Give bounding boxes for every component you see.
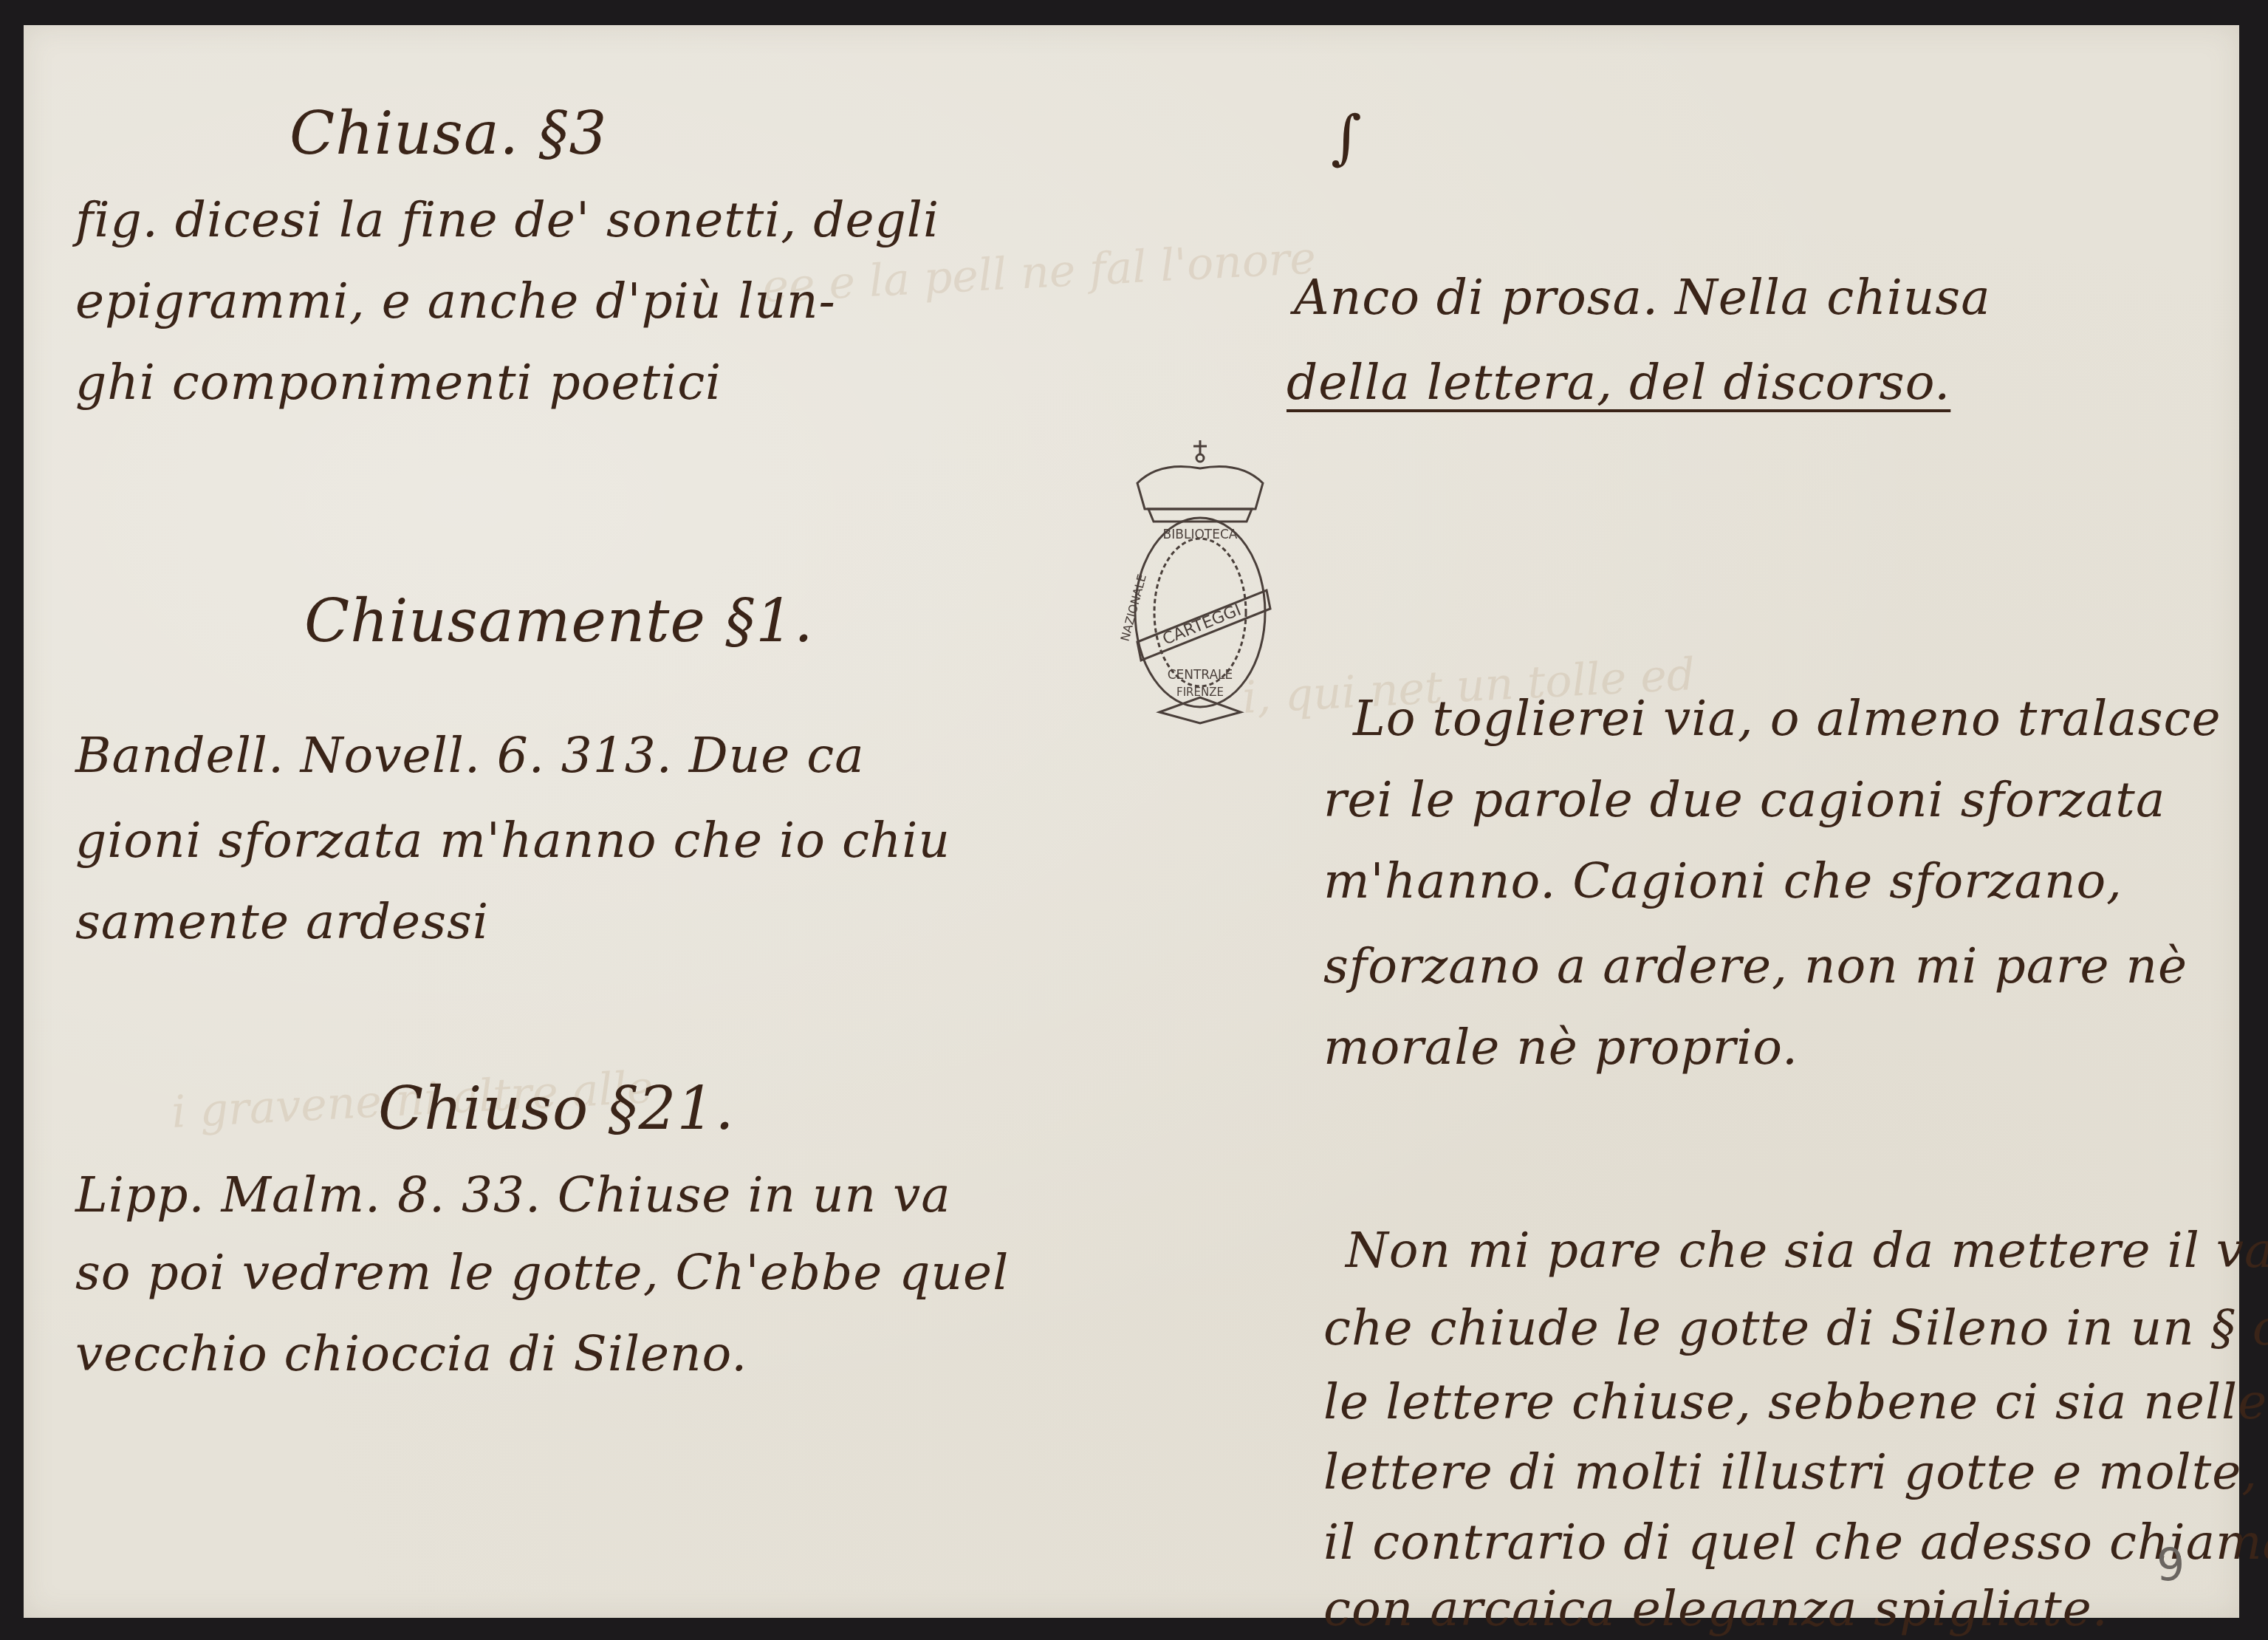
entry-heading-chiusamente: Chiusamente §1. <box>304 587 814 655</box>
entry-line: Bandell. Novell. 6. 313. Due ca <box>75 727 865 784</box>
svg-text:NAZIONALE: NAZIONALE <box>1117 573 1148 643</box>
note-line: il contrario di quel che adesso chiamasi <box>1323 1514 2268 1571</box>
entry-line: gioni sforzata m'hanno che io chiu <box>75 812 950 869</box>
entry-line: Lipp. Malm. 8. 33. Chiuse in un va <box>75 1166 951 1223</box>
note-line: morale nè proprio. <box>1323 1019 1798 1076</box>
svg-text:BIBLIOTECA: BIBLIOTECA <box>1163 527 1238 542</box>
entry-line: samente ardessi <box>75 893 489 950</box>
entry-heading-chiuso: Chiuso §21. <box>378 1074 735 1143</box>
entry-line: ghi componimenti poetici <box>75 354 722 411</box>
entry-heading-chiusa: Chiusa. §3 <box>290 99 607 168</box>
section-mark: ∫ <box>1331 103 1363 171</box>
manuscript-sheet: ee e la pell ne fal l'onore i, qui net u… <box>24 25 2239 1618</box>
note-line: rei le parole due cagioni sforzata <box>1323 771 2165 828</box>
note-line: Lo toglierei via, o almeno tralasce <box>1353 690 2221 747</box>
library-stamp: BIBLIOTECA CARTEGGI CENTRALE FIRENZE NAZ… <box>1115 439 1285 727</box>
note-line: sforzano a ardere, non mi pare nè <box>1323 937 2188 994</box>
note-line-underlined: della lettera, del discorso. <box>1287 354 1950 411</box>
note-line: Anco di prosa. Nella chiusa <box>1294 269 1991 326</box>
entry-line: vecchio chioccia di Sileno. <box>75 1325 747 1382</box>
svg-text:FIRENZE: FIRENZE <box>1176 686 1224 699</box>
note-line: m'hanno. Cagioni che sforzano, <box>1323 853 2123 909</box>
svg-text:CENTRALE: CENTRALE <box>1168 668 1233 683</box>
entry-line: so poi vedrem le gotte, Ch'ebbe quel <box>75 1244 1009 1301</box>
note-line: lettere di molti illustri gotte e molte,… <box>1323 1443 2268 1500</box>
entry-line: fig. dicesi la fine de' sonetti, degli <box>75 191 939 248</box>
note-line: che chiude le gotte di Sileno in un § co… <box>1323 1299 2268 1356</box>
note-line: le lettere chiuse, sebbene ci sia nelle <box>1323 1373 2267 1430</box>
crown-icon: BIBLIOTECA CARTEGGI CENTRALE FIRENZE NAZ… <box>1115 439 1285 727</box>
entry-line: epigrammi, e anche d'più lun- <box>75 273 836 329</box>
note-line: Non mi pare che sia da mettere il vaso <box>1346 1222 2268 1279</box>
note-line: con arcaica eleganza spigliate. <box>1323 1580 2108 1637</box>
folio-number: 9 <box>2156 1540 2185 1591</box>
